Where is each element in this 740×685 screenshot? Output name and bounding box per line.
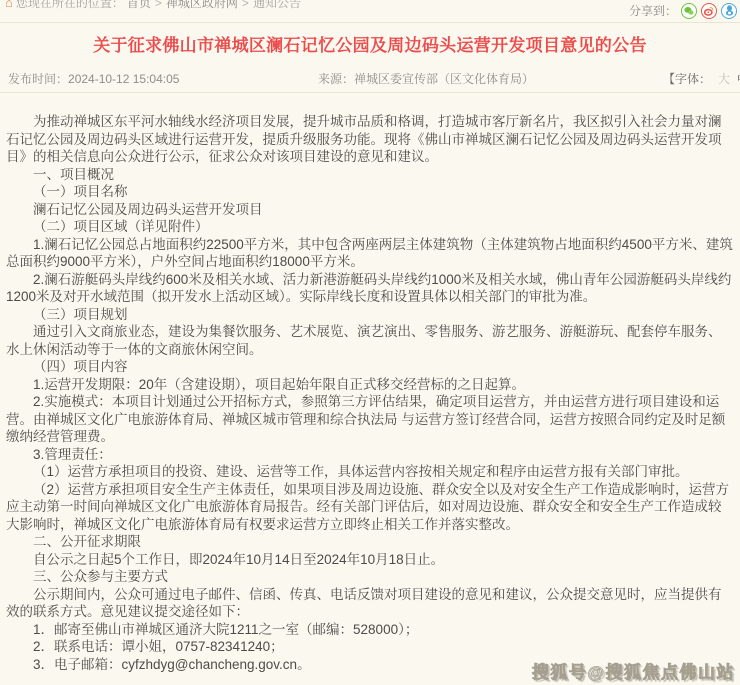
breadcrumb-separator: > [155, 0, 162, 10]
breadcrumb-link-home[interactable]: 首页 [127, 0, 151, 11]
paragraph-duty-2: （2）运营方承担项目安全生产主体责任，如果项目涉及周边设施、群众安全以及对安全生… [6, 481, 734, 534]
paragraph-intro: 为推动禅城区东平河水轴线水经济项目发展，提升城市品质和格调，打造城市客厅新名片，… [6, 113, 734, 166]
font-size-label: 【字体： [663, 72, 711, 86]
home-icon: ⌂ [5, 0, 13, 9]
paragraph-email: 3．电子邮箱：cyfzhdyg@chancheng.gov.cn。 [6, 656, 734, 674]
article-meta-row: 发布时间：2024-10-12 15:04:05 来源：禅城区委宣传部（区文化体… [0, 66, 740, 93]
page-title: 关于征求佛山市禅城区澜石记忆公园及周边码头运营开发项目意见的公告 [0, 31, 740, 56]
breadcrumb-current: 通知公告 [253, 0, 301, 11]
breadcrumb-link-district-gov[interactable]: 禅城区政府网 [166, 0, 238, 11]
article-body: 为推动禅城区东平河水轴线水经济项目发展，提升城市品质和格调，打造城市客厅新名片，… [0, 93, 740, 673]
qq-share-icon[interactable] [721, 3, 737, 19]
wechat-share-icon[interactable] [681, 3, 697, 19]
breadcrumb-prefix: 您现在所在的位置： [16, 0, 124, 11]
paragraph-area-1: 1.澜石记忆公园总占地面积约22500平方米，其中包含两座两层主体建筑物（主体建… [6, 236, 734, 271]
heading-solicit-period: 二、公开征求期限 [6, 533, 734, 551]
paragraph-participation: 公示期间内，公众可通过电子邮件、信函、传真、电话反馈对项目建设的意见和建议，公众… [6, 586, 734, 621]
share-label: 分享到： [629, 2, 677, 19]
source-value: 禅城区委宣传部（区文化体育局） [354, 72, 534, 86]
paragraph-area-2: 2.澜石游艇码头岸线约600米及相关水域、活力新港游艇码头岸线约1000米及相关… [6, 271, 734, 306]
paragraph-duty-heading: 3.管理责任： [6, 446, 734, 464]
heading-participation: 三、公众参与主要方式 [6, 568, 734, 586]
notice-page: ⌂ 您现在所在的位置： 首页 > 禅城区政府网 > 通知公告 分享到： [0, 0, 740, 685]
heading-project-overview: 一、项目概况 [6, 166, 734, 184]
weibo-share-icon[interactable] [701, 3, 717, 19]
paragraph-mail-address: 1．邮寄至佛山市禅城区通济大院1211之一室（邮编：528000）； [6, 621, 734, 639]
paragraph-plan: 通过引入文商旅业态，建设为集餐饮服务、艺术展览、演艺演出、零售服务、游艺服务、游… [6, 323, 734, 358]
paragraph-term: 1.运营开发期限：20年（含建设期），项目起始年限自正式移交经营标的之日起算。 [6, 376, 734, 394]
publish-time-value: 2024-10-12 15:04:05 [68, 72, 179, 86]
breadcrumb-separator: > [242, 0, 249, 10]
paragraph-phone: 2．联系电话：谭小姐，0757-82341240； [6, 638, 734, 656]
font-size-large-button[interactable]: 大 [718, 72, 730, 86]
paragraph-project-name: 澜石记忆公园及周边码头运营开发项目 [6, 201, 734, 219]
breadcrumb: ⌂ 您现在所在的位置： 首页 > 禅城区政府网 > 通知公告 [5, 0, 301, 11]
subheading-project-content: （四）项目内容 [6, 358, 734, 376]
publish-time-label: 发布时间： [8, 72, 68, 86]
article-source: 来源：禅城区委宣传部（区文化体育局） [318, 70, 534, 87]
paragraph-mode: 2.实施模式：本项目计划通过公开招标方式，参照第三方评估结果，确定项目运营方，并… [6, 393, 734, 446]
paragraph-duty-1: （1）运营方承担项目的投资、建设、运营等工作，具体运营内容按相关规定和程序由运营… [6, 463, 734, 481]
publish-time: 发布时间：2024-10-12 15:04:05 [8, 70, 179, 87]
subheading-project-area: （二）项目区域（详见附件） [6, 218, 734, 236]
share-bar: 分享到： [629, 2, 740, 19]
subheading-project-plan: （三）项目规划 [6, 306, 734, 324]
source-label: 来源： [318, 72, 354, 86]
paragraph-period: 自公示之日起5个工作日，即2024年10月14日至2024年10月18日止。 [6, 551, 734, 569]
font-size-control: 【字体：大中 [663, 70, 740, 87]
subheading-project-name: （一）项目名称 [6, 183, 734, 201]
